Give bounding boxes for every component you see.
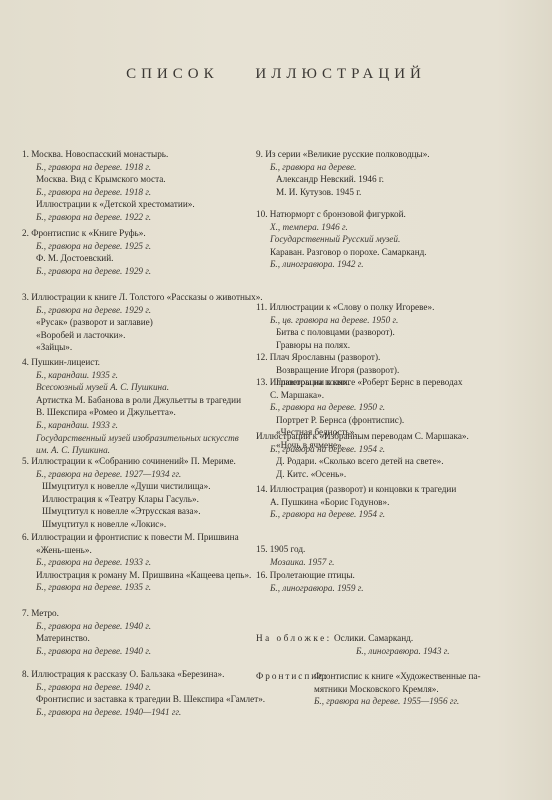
frontispiece-technique: Б., гравюра на дереве. 1955—1956 гг. xyxy=(256,695,546,708)
entry-title: 5. Иллюстрации к «Собранию сочинений» П.… xyxy=(22,455,267,468)
list-item: 16. Пролетающие птицы.Б., линогравюра. 1… xyxy=(256,569,546,594)
entry-title: 4. Пушкин-лицеист. xyxy=(22,356,267,369)
cover-entry: На обложке: Ослики. Самарканд. Б., линог… xyxy=(256,632,546,657)
page: СПИСОК ИЛЛЮСТРАЦИЙ 1. Москва. Новоспасск… xyxy=(0,0,552,800)
entry-technique: Б., карандаш. 1933 г. xyxy=(22,419,267,432)
entry-title: 2. Фронтиспис к «Книге Руфь». xyxy=(22,227,267,240)
entry-title: 1. Москва. Новоспасский монастырь. xyxy=(22,148,267,161)
list-item: 2. Фронтиспис к «Книге Руфь».Б., гравюра… xyxy=(22,227,267,277)
list-item: 6. Иллюстрации и фронтиспис к повести М.… xyxy=(22,531,267,594)
entry-subitem: Д. Китс. «Осень». xyxy=(256,468,546,481)
entry-technique: Б., гравюра на дереве. 1954 г. xyxy=(256,508,546,521)
list-item: 1. Москва. Новоспасский монастырь.Б., гр… xyxy=(22,148,267,224)
entry-subitem: Артистка М. Бабанова в роли Джульетты в … xyxy=(22,394,267,407)
entry-technique: Б., гравюра на дереве. 1954 г. xyxy=(256,443,546,456)
entry-technique: Б., гравюра на дереве. 1935 г. xyxy=(22,581,267,594)
frontispiece-line-1: Фронтиспис к книге «Художественные па- xyxy=(314,671,481,681)
list-item: 7. Метро.Б., гравюра на дереве. 1940 г.М… xyxy=(22,607,267,657)
entry-technique: Государственный музей изобразительных ис… xyxy=(22,432,267,445)
entry-technique: Б., цв. гравюра на дереве. 1950 г. xyxy=(256,314,546,327)
entry-technique: Б., линогравюра. 1942 г. xyxy=(256,258,546,271)
entry-title: 15. 1905 год. xyxy=(256,543,546,556)
entry-technique: Мозаика. 1957 г. xyxy=(256,556,546,569)
entry-technique: Б., гравюра на дереве. 1940 г. xyxy=(22,645,267,658)
entry-technique: Б., гравюра на дереве. 1925 г. xyxy=(22,240,267,253)
entry-technique: Б., гравюра на дереве. 1940 г. xyxy=(22,681,267,694)
entry-subitem: Битва с половцами (разворот). xyxy=(256,326,546,339)
entry-subitem: Шмуцтитул к новелле «Локис». xyxy=(22,518,267,531)
entry-subitem: Москва. Вид с Крымского моста. xyxy=(22,173,267,186)
entry-subitem: С. Маршака». xyxy=(256,389,546,402)
list-item: 4. Пушкин-лицеист.Б., карандаш. 1935 г.В… xyxy=(22,356,267,457)
entry-technique: Б., гравюра на дереве. 1940 г. xyxy=(22,620,267,633)
entry-subitem: Иллюстрация к роману М. Пришвина «Кащеев… xyxy=(22,569,267,582)
entry-technique: Всесоюзный музей А. С. Пушкина. xyxy=(22,381,267,394)
entry-technique: Государственный Русский музей. xyxy=(256,233,546,246)
cover-label: На обложке: xyxy=(256,633,332,643)
frontispiece-line-2: мятники Московского Кремля». xyxy=(256,683,546,696)
entry-subitem: «Зайцы». xyxy=(22,341,267,354)
entry-title: 10. Натюрморт с бронзовой фигуркой. xyxy=(256,208,546,221)
entry-subitem: Александр Невский. 1946 г. xyxy=(256,173,546,186)
entry-technique: Б., гравюра на дереве. 1918 г. xyxy=(22,186,267,199)
entry-title: 13. Иллюстрации к книге «Роберт Бернс в … xyxy=(256,376,546,389)
entry-subitem: Караван. Разговор о порохе. Самарканд. xyxy=(256,246,546,259)
entry-subitem: Ф. М. Достоевский. xyxy=(22,252,267,265)
entry-title: 11. Иллюстрации к «Слову о полку Игореве… xyxy=(256,301,546,314)
entry-subitem: Гравюры на полях. xyxy=(256,339,546,352)
entry-technique: Б., гравюра на дереве. 1940—1941 гг. xyxy=(22,706,267,719)
page-title: СПИСОК ИЛЛЮСТРАЦИЙ xyxy=(0,66,552,83)
list-item: 11. Иллюстрации к «Слову о полку Игореве… xyxy=(256,301,546,351)
entry-technique: Б., гравюра на дереве. 1929 г. xyxy=(22,304,267,317)
entry-title: 6. Иллюстрации и фронтиспис к повести М.… xyxy=(22,531,267,544)
entry-technique: Х., темпера. 1946 г. xyxy=(256,221,546,234)
entry-technique: Б., гравюра на дереве. 1933 г. xyxy=(22,556,267,569)
entry-subitem: Д. Родари. «Сколько всего детей на свете… xyxy=(256,455,546,468)
entry-subitem: Шмуцтитул к новелле «Души чистилища». xyxy=(22,480,267,493)
list-item: 9. Из серии «Великие русские полководцы»… xyxy=(256,148,546,198)
entry-technique: Б., линогравюра. 1959 г. xyxy=(256,582,546,595)
entry-title: 16. Пролетающие птицы. xyxy=(256,569,546,582)
entry-subitem: Материнство. xyxy=(22,632,267,645)
entry-subitem: Фронтиспис и заставка к трагедии В. Шекс… xyxy=(22,693,267,706)
entry-technique: Б., гравюра на дереве. 1922 г. xyxy=(22,211,267,224)
entry-subitem: Шмуцтитул к новелле «Этрусская ваза». xyxy=(22,505,267,518)
list-item: 8. Иллюстрация к рассказу О. Бальзака «Б… xyxy=(22,668,267,718)
entry-title: 8. Иллюстрация к рассказу О. Бальзака «Б… xyxy=(22,668,267,681)
entry-subitem: Возвращение Игоря (разворот). xyxy=(256,364,546,377)
list-item: 3. Иллюстрации к книге Л. Толстого «Расс… xyxy=(22,291,267,354)
entry-subitem: «Воробей и ласточки». xyxy=(22,329,267,342)
entry-technique: Б., гравюра на дереве. 1918 г. xyxy=(22,161,267,174)
entry-subitem: «Русак» (разворот и заглавие) xyxy=(22,316,267,329)
frontispiece-label: Фронтиспис: xyxy=(256,670,314,683)
cover-technique: Б., линогравюра. 1943 г. xyxy=(256,645,546,658)
entry-title: 3. Иллюстрации к книге Л. Толстого «Расс… xyxy=(22,291,267,304)
entry-technique: Б., карандаш. 1935 г. xyxy=(22,369,267,382)
entry-technique: Б., гравюра на дереве. xyxy=(256,161,546,174)
entry-subitem: Иллюстрация к «Театру Клары Гасуль». xyxy=(22,493,267,506)
entry-technique: Б., гравюра на дереве. 1927—1934 гг. xyxy=(22,468,267,481)
frontispiece-entry: Фронтиспис:Фронтиспис к книге «Художеств… xyxy=(256,670,546,708)
entry-subitem: Портрет Р. Бернса (фронтиспис). xyxy=(256,414,546,427)
entry-subitem: Иллюстрации к «Избранным переводам С. Ма… xyxy=(256,430,546,443)
list-item: Иллюстрации к «Избранным переводам С. Ма… xyxy=(256,430,546,480)
title-word-1: СПИСОК xyxy=(126,66,219,82)
cover-title: Ослики. Самарканд. xyxy=(334,633,413,643)
entry-subitem: «Жень-шень». xyxy=(22,544,267,557)
entry-title: 14. Иллюстрация (разворот) и концовки к … xyxy=(256,483,546,496)
list-item: 15. 1905 год.Мозаика. 1957 г. xyxy=(256,543,546,568)
entry-technique: Б., гравюра на дереве. 1929 г. xyxy=(22,265,267,278)
entry-subitem: Иллюстрации к «Детской хрестоматии». xyxy=(22,198,267,211)
list-item: 5. Иллюстрации к «Собранию сочинений» П.… xyxy=(22,455,267,531)
entry-subitem: А. Пушкина «Борис Годунов». xyxy=(256,496,546,509)
entry-technique: Б., гравюра на дереве. 1950 г. xyxy=(256,401,546,414)
entry-subitem: М. И. Кутузов. 1945 г. xyxy=(256,186,546,199)
entry-title: 12. Плач Ярославны (разворот). xyxy=(256,351,546,364)
title-word-2: ИЛЛЮСТРАЦИЙ xyxy=(255,66,426,82)
entry-subitem: В. Шекспира «Ромео и Джульетта». xyxy=(22,406,267,419)
entry-title: 9. Из серии «Великие русские полководцы»… xyxy=(256,148,546,161)
list-item: 10. Натюрморт с бронзовой фигуркой.Х., т… xyxy=(256,208,546,271)
list-item: 14. Иллюстрация (разворот) и концовки к … xyxy=(256,483,546,521)
entry-title: 7. Метро. xyxy=(22,607,267,620)
